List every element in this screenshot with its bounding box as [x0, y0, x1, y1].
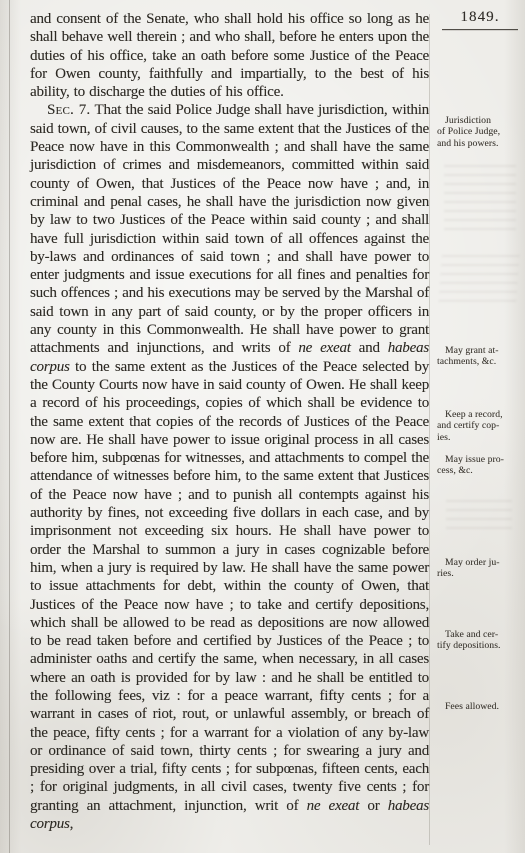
text-run-normal: and — [351, 340, 388, 356]
statute-text-block: and consent of the Senate, who shall hol… — [30, 10, 429, 833]
text-run-italic: ne exeat — [307, 798, 360, 814]
margin-note: Take and cer- tify depositions. — [437, 629, 522, 652]
margin-note: May order ju- ries. — [437, 557, 522, 580]
margin-column: 1849. Jurisdiction of Police Judge, and … — [436, 0, 522, 853]
margin-note: May issue pro- cess, &c. — [437, 454, 522, 477]
year-heading: 1849. — [442, 9, 518, 38]
text-run-smallcaps: Sec. 7. — [47, 102, 90, 118]
paragraph-section-7: Sec. 7. That the said Police Judge shall… — [30, 101, 429, 833]
year-underline — [442, 29, 518, 30]
text-run-normal: or — [359, 798, 388, 814]
scan-fold-line — [429, 14, 430, 845]
paragraph-continuation: and consent of the Senate, who shall hol… — [30, 10, 429, 101]
margin-note: Jurisdiction of Police Judge, and his po… — [437, 115, 522, 149]
margin-note: Keep a record, and certify cop- ies. — [437, 409, 522, 443]
text-run-normal: , — [70, 816, 74, 832]
text-run-italic: ne exeat — [298, 340, 350, 356]
text-run-normal: That the said Police Judge shall have ju… — [30, 102, 429, 356]
year-label: 1849. — [460, 9, 499, 25]
margin-note: Fees allowed. — [437, 701, 522, 712]
text-run-normal: to the same extent as the Justices of th… — [30, 359, 429, 814]
text-run-normal: and consent of the Senate, who shall hol… — [30, 11, 429, 100]
scanned-statute-page: and consent of the Senate, who shall hol… — [0, 0, 525, 853]
scan-edge-artifact — [9, 0, 10, 853]
margin-note: May grant at- tachments, &c. — [437, 345, 522, 368]
